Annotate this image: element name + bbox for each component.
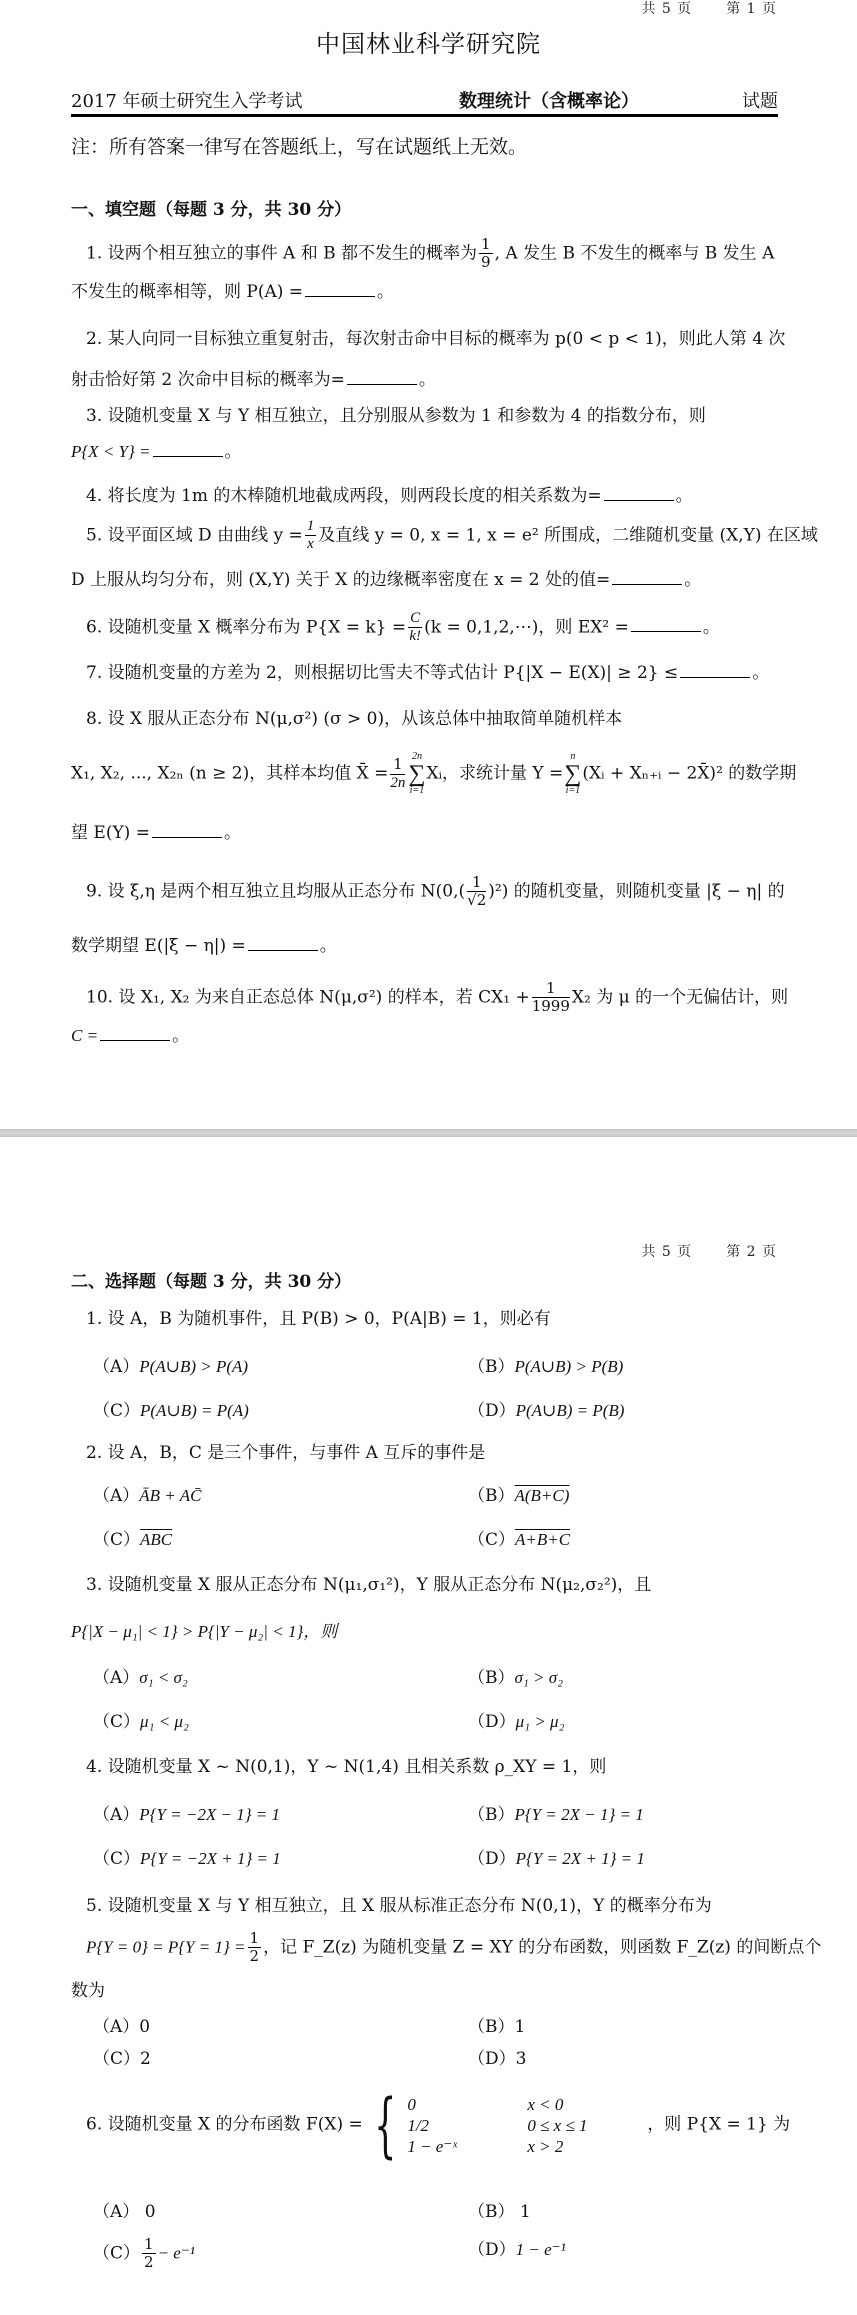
institution-title: 中国林业科学研究院 [0, 32, 857, 56]
answer-blank [680, 676, 750, 678]
question-text: 不发生的概率相等，则 P(A) = [71, 282, 303, 302]
question-text: 设随机变量 X 与 Y 相互独立，且分别服从参数为 1 和参数为 4 的指数分布… [108, 406, 706, 426]
question-number: 3. [86, 1575, 102, 1595]
numerator: 1 [142, 2236, 156, 2254]
case-condition: x < 0 [527, 2096, 647, 2113]
option-label: （A） [93, 2017, 139, 2037]
page-current: 第 1 页 [726, 1, 777, 17]
fraction: Ck! [408, 610, 422, 646]
mc-question-2: 2. 设 A，B，C 是三个事件，与事件 A 互斥的事件是 [86, 1445, 485, 1462]
option-text: ĀB + AC̄ [139, 1486, 201, 1505]
option-text: 1 [515, 2017, 526, 2037]
question-number: 7. [86, 663, 102, 683]
answer-blank [248, 949, 318, 951]
mc-question-5-cont: P{Y = 0} = P{Y = 1} =12，记 F_Z(z) 为随机变量 Z… [86, 1930, 821, 1966]
period: 。 [419, 370, 436, 390]
period: 。 [320, 936, 337, 956]
question-3-cont: P{X < Y} =。 [71, 443, 242, 461]
exam-subject: 数理统计（含概率论） [459, 93, 639, 111]
period: 。 [752, 663, 769, 683]
period: 。 [676, 486, 693, 506]
option-label: （C） [93, 1530, 140, 1550]
option-text: σ₁ < σ₂ [139, 1668, 188, 1687]
option-text: P(A∪B) = P(A) [140, 1401, 249, 1420]
question-text: ，记 F_Z(z) 为随机变量 Z = XY 的分布函数，则函数 F_Z(z) … [263, 1937, 821, 1957]
question-text: 设随机变量 X 的分布函数 F(X) = [108, 2115, 363, 2135]
option-a: （A）P{Y = −2X − 1} = 1 [93, 1806, 280, 1824]
question-text: P{|X − μ₁| < 1} > P{|Y − μ₂| < 1}，则 [71, 1622, 337, 1641]
question-text: ，则 P{X = 1} 为 [647, 2115, 790, 2135]
numerator: 1 [390, 756, 405, 774]
option-text: − e⁻¹ [158, 2243, 195, 2262]
denominator: 1999 [532, 998, 570, 1015]
option-text: P(A∪B) > P(B) [515, 1357, 624, 1376]
option-text: 0 [139, 2017, 150, 2037]
option-label: （D） [468, 2049, 516, 2069]
case-condition: x > 2 [527, 2138, 647, 2155]
option-a: （A） 0 [93, 2204, 156, 2221]
option-label: （A） [93, 1668, 139, 1688]
question-number: 6. [86, 617, 102, 637]
case-value: 0 [407, 2096, 527, 2113]
period: 。 [703, 617, 720, 637]
answer-blank [305, 295, 375, 297]
option-text: μ₁ > μ₂ [516, 1712, 565, 1731]
fraction: 1√2 [467, 874, 486, 910]
option-label: （D） [468, 1849, 516, 1869]
option-text: P(A∪B) = P(B) [516, 1401, 625, 1420]
option-label: （C） [93, 1401, 140, 1421]
option-b: （B）1 [468, 2019, 525, 2036]
question-number: 10. [86, 987, 113, 1007]
sum-lower: i=1 [566, 785, 581, 796]
option-d: （D）P(A∪B) = P(B) [468, 1402, 624, 1420]
fraction: 11999 [532, 980, 570, 1016]
page-total: 共 5 页 [641, 1244, 692, 1260]
question-text: 设 X 服从正态分布 N(μ,σ²) (σ > 0)，从该总体中抽取简单随机样本 [108, 709, 622, 729]
option-label: （B） [468, 2202, 515, 2222]
section-title-fill-blank: 一、填空题（每题 3 分，共 30 分） [71, 202, 351, 219]
option-b: （B） 1 [468, 2204, 531, 2221]
question-3: 3. 设随机变量 X 与 Y 相互独立，且分别服从参数为 1 和参数为 4 的指… [86, 408, 706, 425]
question-text: X₂ 为 μ 的一个无偏估计，则 [572, 987, 788, 1007]
case-value: 1 − e⁻ˣ [407, 2138, 527, 2155]
option-label: （B） [468, 1668, 515, 1688]
option-label: （A） [93, 1357, 139, 1377]
option-d: （D）3 [468, 2051, 526, 2068]
exam-paper-label: 试题 [742, 93, 778, 111]
question-6: 6. 设随机变量 X 概率分布为 P{X = k} =Ck!(k = 0,1,2… [86, 610, 720, 646]
question-9-cont: 数学期望 E(|ξ − η|) =。 [71, 938, 337, 955]
option-label: （B） [468, 2017, 515, 2037]
question-10-cont: C =。 [71, 1027, 189, 1045]
option-a: （A）0 [93, 2019, 150, 2036]
option-c: （C）2 [93, 2051, 151, 2068]
question-text: 设随机变量 X ~ N(0,1)，Y ~ N(1,4) 且相关系数 ρ_XY =… [108, 1757, 607, 1777]
question-4: 4. 将长度为 1m 的木棒随机地截成两段，则两段长度的相关系数为=。 [86, 488, 693, 505]
option-text: 1 [520, 2202, 531, 2222]
question-number: 9. [86, 881, 102, 901]
option-text: μ₁ < μ₂ [140, 1712, 189, 1731]
period: 。 [377, 282, 394, 302]
option-label: （D） [468, 2240, 516, 2260]
option-d: （D）1 − e⁻¹ [468, 2241, 566, 2259]
option-text: P{Y = 2X − 1} = 1 [515, 1805, 644, 1824]
question-10: 10. 设 X₁, X₂ 为来自正态总体 N(μ,σ²) 的样本，若 CX₁ +… [86, 980, 788, 1016]
question-text: )²) 的随机变量，则随机变量 |ξ − η| 的 [488, 881, 784, 901]
option-label: （C） [93, 2243, 140, 2263]
question-2-cont: 射击恰好第 2 次命中目标的概率为=。 [71, 372, 436, 389]
numerator: 1 [305, 518, 317, 536]
option-text: A(B+C) [515, 1486, 570, 1505]
denominator: x [305, 536, 317, 553]
question-number: 5. [86, 1896, 102, 1916]
option-text: 3 [516, 2049, 527, 2069]
option-text: P{Y = 2X + 1} = 1 [516, 1849, 645, 1868]
period: 。 [684, 570, 701, 590]
option-c: （C）μ₁ < μ₂ [93, 1713, 189, 1731]
mc-question-6: 6. 设随机变量 X 的分布函数 F(X) ={ 0x < 0 1/20 ≤ x… [86, 2090, 790, 2160]
numerator: 1 [532, 980, 570, 998]
fraction: 12 [248, 1930, 262, 1966]
fraction: 1x [305, 518, 317, 554]
mc-question-5: 5. 设随机变量 X 与 Y 相互独立，且 X 服从标准正态分布 N(0,1)，… [86, 1898, 712, 1915]
summation-icon: n∑i=1 [564, 752, 581, 796]
question-text: P{X < Y} = [71, 442, 151, 461]
question-text: (Xᵢ + Xₙ₊ᵢ − 2X̄)² 的数学期 [582, 764, 796, 784]
question-7: 7. 设随机变量的方差为 2，则根据切比雪夫不等式估计 P{|X − E(X)|… [86, 665, 769, 682]
denominator: 2 [248, 1948, 262, 1965]
period: 。 [225, 442, 242, 462]
question-1: 1. 设两个相互独立的事件 A 和 B 都不发生的概率为19, A 发生 B 不… [86, 236, 774, 272]
question-text: 将长度为 1m 的木棒随机地截成两段，则两段长度的相关系数为= [108, 486, 602, 506]
question-text: 及直线 y = 0, x = 1, x = e² 所围成，二维随机变量 (X,Y… [318, 525, 818, 545]
option-label: （B） [468, 1805, 515, 1825]
question-number: 1. [86, 1309, 102, 1329]
question-number: 6. [86, 2115, 102, 2135]
period: 。 [224, 823, 241, 843]
option-b: （B）σ₁ > σ₂ [468, 1669, 563, 1687]
question-text: X₁, X₂, ..., X₂ₙ (n ≥ 2)，其样本均值 X̄ = [71, 764, 388, 784]
question-9: 9. 设 ξ,η 是两个相互独立且均服从正态分布 N(0,(1√2)²) 的随机… [86, 874, 785, 910]
question-text: 设平面区域 D 由曲线 y = [108, 525, 303, 545]
question-number: 4. [86, 486, 102, 506]
option-d: （D）P{Y = 2X + 1} = 1 [468, 1850, 645, 1868]
option-label: （D） [468, 1401, 516, 1421]
question-8-cont: X₁, X₂, ..., X₂ₙ (n ≥ 2)，其样本均值 X̄ =12n2n… [71, 752, 796, 796]
option-b: （B）P(A∪B) > P(B) [468, 1358, 623, 1376]
page-total: 共 5 页 [641, 1, 692, 17]
question-number: 3. [86, 406, 102, 426]
question-text: 设随机变量 X 概率分布为 P{X = k} = [108, 617, 407, 637]
option-a: （A）σ₁ < σ₂ [93, 1669, 188, 1687]
question-text: 望 E(Y) = [71, 823, 150, 843]
fraction: 12n [390, 756, 405, 792]
question-8-cont2: 望 E(Y) =。 [71, 825, 241, 842]
instruction-note: 注：所有答案一律写在答题纸上，写在试题纸上无效。 [71, 138, 527, 157]
answer-blank [631, 630, 701, 632]
period: 。 [172, 1026, 189, 1046]
option-label: （C） [93, 2049, 140, 2069]
question-number: 5. [86, 525, 102, 545]
option-label: （B） [468, 1486, 515, 1506]
question-number: 4. [86, 1757, 102, 1777]
answer-blank [152, 836, 222, 838]
question-number: 8. [86, 709, 102, 729]
option-label: （C） [93, 1849, 140, 1869]
option-b: （B）P{Y = 2X − 1} = 1 [468, 1806, 644, 1824]
option-label: （A） [93, 1805, 139, 1825]
sum-lower: i=1 [410, 785, 425, 796]
mc-question-3-cont: P{|X − μ₁| < 1} > P{|Y − μ₂| < 1}，则 [71, 1623, 337, 1641]
option-c: （C）P{Y = −2X + 1} = 1 [93, 1850, 281, 1868]
option-c: （C）12− e⁻¹ [93, 2236, 195, 2272]
option-label: （B） [468, 1357, 515, 1377]
denominator: 2n [390, 775, 405, 792]
option-text: ABC [140, 1530, 172, 1549]
question-text: Xᵢ，求统计量 Y = [427, 764, 564, 784]
question-text: 射击恰好第 2 次命中目标的概率为= [71, 370, 345, 390]
option-d: （D）μ₁ > μ₂ [468, 1713, 565, 1731]
question-5: 5. 设平面区域 D 由曲线 y =1x及直线 y = 0, x = 1, x … [86, 518, 818, 554]
question-1-cont: 不发生的概率相等，则 P(A) =。 [71, 284, 394, 301]
option-a: （A）P(A∪B) > P(A) [93, 1358, 248, 1376]
question-5-cont: D 上服从均匀分布，则 (X,Y) 关于 X 的边缘概率密度在 x = 2 处的… [71, 572, 701, 589]
option-text: 1 − e⁻¹ [516, 2240, 566, 2259]
numerator: 1 [467, 874, 486, 892]
option-label: （A） [93, 1486, 139, 1506]
option-text: A+B+C [515, 1530, 570, 1549]
page-indicator: 共 5 页第 1 页 [641, 2, 777, 16]
option-text: P{Y = −2X + 1} = 1 [140, 1849, 281, 1868]
question-text: 设随机变量 X 服从正态分布 N(μ₁,σ₁²)，Y 服从正态分布 N(μ₂,σ… [108, 1575, 652, 1595]
summation-icon: 2n∑i=1 [408, 752, 425, 796]
option-text: σ₁ > σ₂ [515, 1668, 564, 1687]
option-a: （A）ĀB + AC̄ [93, 1487, 201, 1505]
question-number: 2. [86, 1443, 102, 1463]
numerator: C [408, 610, 422, 628]
option-c: （C）P(A∪B) = P(A) [93, 1402, 249, 1420]
fraction: 12 [142, 2236, 156, 2272]
option-text: 2 [140, 2049, 151, 2069]
page-current: 第 2 页 [726, 1244, 777, 1260]
option-label: （A） [93, 2202, 139, 2222]
option-text: 0 [145, 2202, 156, 2222]
question-number: 2. [86, 329, 102, 349]
option-text: P(A∪B) > P(A) [139, 1357, 248, 1376]
question-8: 8. 设 X 服从正态分布 N(μ,σ²) (σ > 0)，从该总体中抽取简单随… [86, 711, 622, 728]
denominator: 9 [479, 254, 493, 271]
page-separator [0, 1129, 857, 1137]
option-text: P{Y = −2X − 1} = 1 [139, 1805, 280, 1824]
answer-blank [612, 583, 682, 585]
answer-blank [100, 1039, 170, 1041]
question-text: 某人向同一目标独立重复射击，每次射击命中目标的概率为 p(0 < p < 1)，… [108, 329, 786, 349]
mc-question-3: 3. 设随机变量 X 服从正态分布 N(μ₁,σ₁²)，Y 服从正态分布 N(μ… [86, 1577, 651, 1594]
numerator: 1 [479, 236, 493, 254]
denominator: k! [408, 628, 422, 645]
question-text: 数学期望 E(|ξ − η|) = [71, 936, 246, 956]
question-text: 设 A，B 为随机事件，且 P(B) > 0，P(A|B) = 1，则必有 [108, 1309, 551, 1329]
left-brace-icon: { [374, 2090, 396, 2160]
numerator: 1 [248, 1930, 262, 1948]
question-text: (k = 0,1,2,⋯)，则 EX² = [424, 617, 629, 637]
option-b: （B）A(B+C) [468, 1487, 569, 1505]
exam-header: 2017 年硕士研究生入学考试 数理统计（含概率论） 试题 [71, 92, 778, 117]
option-c: （C）ABC [93, 1531, 172, 1549]
question-text: 设 A，B，C 是三个事件，与事件 A 互斥的事件是 [108, 1443, 486, 1463]
answer-blank [604, 499, 674, 501]
question-text: C = [71, 1026, 98, 1045]
question-text: 设随机变量 X 与 Y 相互独立，且 X 服从标准正态分布 N(0,1)，Y 的… [108, 1896, 712, 1916]
page-indicator: 共 5 页第 2 页 [641, 1245, 777, 1259]
question-text: P{Y = 0} = P{Y = 1} = [86, 1937, 246, 1956]
mc-question-4: 4. 设随机变量 X ~ N(0,1)，Y ~ N(1,4) 且相关系数 ρ_X… [86, 1759, 606, 1776]
exam-year: 2017 年硕士研究生入学考试 [71, 93, 303, 111]
option-d: （C）A+B+C [468, 1531, 570, 1549]
question-text: D 上服从均匀分布，则 (X,Y) 关于 X 的边缘概率密度在 x = 2 处的… [71, 570, 610, 590]
piecewise-cases: 0x < 0 1/20 ≤ x ≤ 1 1 − e⁻ˣx > 2 [407, 2096, 647, 2155]
case-condition: 0 ≤ x ≤ 1 [527, 2117, 647, 2134]
case-value: 1/2 [407, 2117, 527, 2134]
question-number: 1. [86, 243, 102, 263]
answer-blank [153, 455, 223, 457]
question-text: 设 X₁, X₂ 为来自正态总体 N(μ,σ²) 的样本，若 CX₁ + [118, 987, 529, 1007]
mc-question-1: 1. 设 A，B 为随机事件，且 P(B) > 0，P(A|B) = 1，则必有 [86, 1311, 551, 1328]
option-label: （C） [93, 1712, 140, 1732]
fraction: 19 [479, 236, 493, 272]
question-text: 设随机变量的方差为 2，则根据切比雪夫不等式估计 P{|X − E(X)| ≥ … [108, 663, 679, 683]
denominator: 2 [142, 2254, 156, 2271]
option-label: （C） [468, 1530, 515, 1550]
denominator: √2 [467, 892, 486, 909]
answer-blank [347, 383, 417, 385]
question-2: 2. 某人向同一目标独立重复射击，每次射击命中目标的概率为 p(0 < p < … [86, 331, 785, 348]
question-text: 设 ξ,η 是两个相互独立且均服从正态分布 N(0,( [108, 881, 466, 901]
mc-question-5-cont2: 数为 [71, 1983, 105, 2000]
question-text: , A 发生 B 不发生的概率与 B 发生 A [495, 243, 775, 263]
section-title-multiple-choice: 二、选择题（每题 3 分，共 30 分） [71, 1274, 351, 1291]
question-text: 设两个相互独立的事件 A 和 B 都不发生的概率为 [108, 243, 477, 263]
option-label: （D） [468, 1712, 516, 1732]
